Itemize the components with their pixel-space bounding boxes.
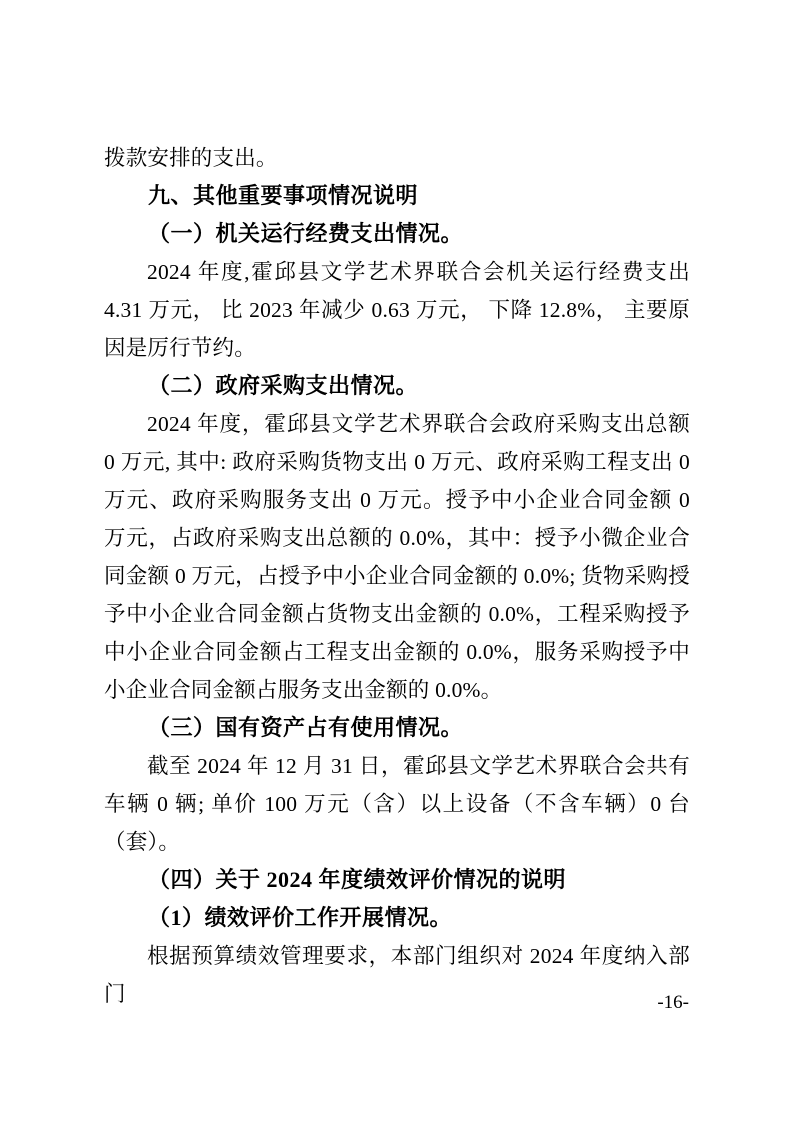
subsubsection-heading-performance: （1）绩效评价工作开展情况。 [104, 899, 690, 937]
paragraph-continuation: 拨款安排的支出。 [104, 139, 690, 177]
section-heading-nine: 九、其他重要事项情况说明 [104, 177, 690, 215]
paragraph-state-assets: 截至 2024 年 12 月 31 日，霍邱县文学艺术界联合会共有车辆 0 辆;… [104, 747, 690, 861]
paragraph-performance-evaluation: 根据预算绩效管理要求，本部门组织对 2024 年度纳入部门 [104, 937, 690, 1013]
paragraph-operating-expense: 2024 年度,霍邱县文学艺术界联合会机关运行经费支出 4.31 万元， 比 2… [104, 253, 690, 367]
subsection-heading-two: （二）政府采购支出情况。 [104, 367, 690, 405]
paragraph-government-procurement: 2024 年度，霍邱县文学艺术界联合会政府采购支出总额 0 万元, 其中: 政府… [104, 405, 690, 709]
subsection-heading-four: （四）关于 2024 年度绩效评价情况的说明 [104, 861, 690, 899]
subsection-heading-one: （一）机关运行经费支出情况。 [104, 215, 690, 253]
document-page: 拨款安排的支出。 九、其他重要事项情况说明 （一）机关运行经费支出情况。 202… [0, 0, 793, 1122]
document-body: 拨款安排的支出。 九、其他重要事项情况说明 （一）机关运行经费支出情况。 202… [104, 139, 690, 1013]
page-number: -16- [657, 991, 689, 1015]
subsection-heading-three: （三）国有资产占有使用情况。 [104, 709, 690, 747]
